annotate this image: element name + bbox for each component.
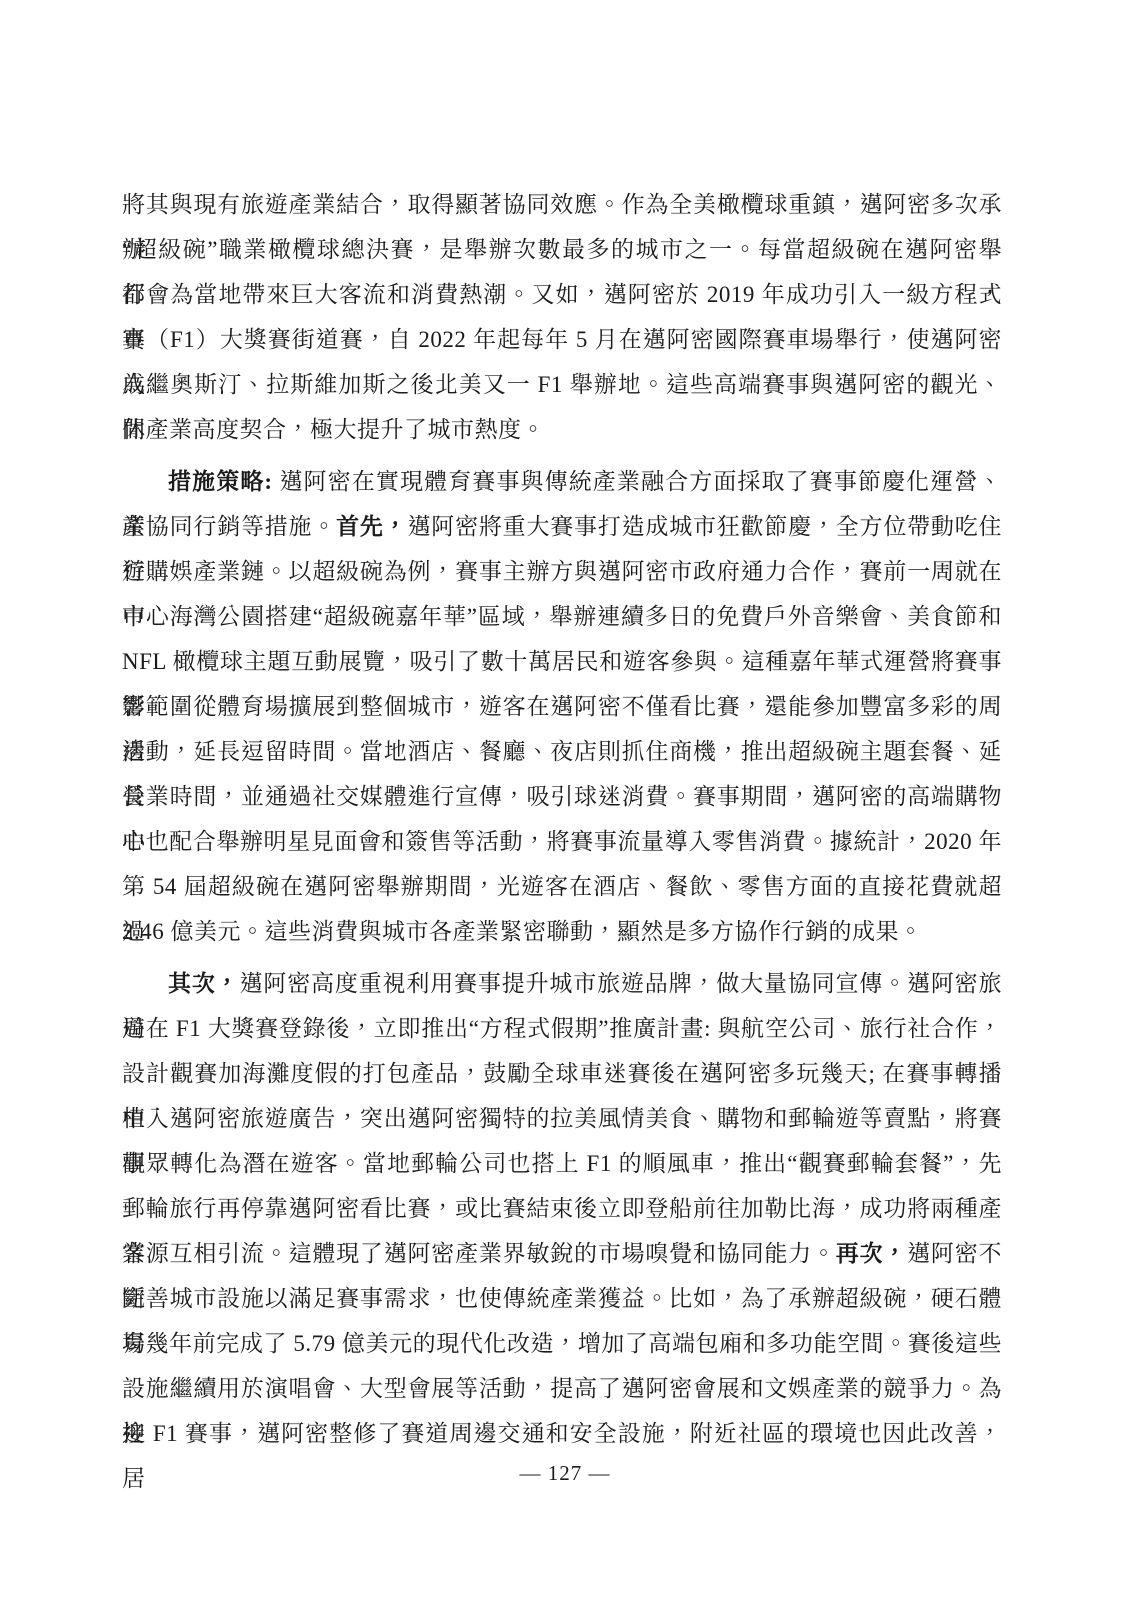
text-line: 局在 F1 大獎賽登錄後，立即推出“方程式假期”推廣計畫: 與航空公司、旅行社合… [122, 1006, 1002, 1051]
text-line: 第 54 屆超級碗在邁阿密舉辦期間，光遊客在酒店、餐飲、零售方面的直接花費就超過 [122, 864, 1002, 909]
text-line: 都會為當地帶來巨大客流和消費熱潮。又如，邁阿密於 2019 年成功引入一級方程式… [122, 272, 1002, 317]
text-segment: 心也配合舉辦明星見面會和簽售等活動，將賽事流量導入零售消費。據統計，2020 年 [122, 829, 1002, 854]
paragraph: 將其與現有旅遊產業結合，取得顯著協同效應。作為全美橄欖球重鎮，邁阿密多次承辦“超… [122, 182, 1002, 452]
text-line: 為繼奧斯汀、拉斯維加斯之後北美又一 F1 舉辦地。這些高端賽事與邁阿密的觀光、休 [122, 362, 1002, 407]
page-number: — 127 — [0, 1458, 1130, 1488]
text-segment: 場幾年前完成了 5.79 億美元的現代化改造，增加了高端包廂和多功能空間。賽後這… [122, 1331, 1002, 1356]
text-line: 遊購娛產業鏈。以超級碗為例，賽事主辦方與邁阿密市政府通力合作，賽前一周就在市 [122, 549, 1002, 594]
text-line: 2.46 億美元。這些消費與城市各產業緊密聯動，顯然是多方協作行銷的成果。 [122, 909, 1002, 954]
text-segment: 2.46 億美元。這些消費與城市各產業緊密聯動，顯然是多方協作行銷的成果。 [122, 919, 923, 944]
text-segment: 閒產業高度契合，極大提升了城市熱度。 [122, 417, 545, 442]
text-line: 業協同行銷等措施。首先，邁阿密將重大賽事打造成城市狂歡節慶，全方位帶動吃住行 [122, 504, 1002, 549]
text-line: 心也配合舉辦明星見面會和簽售等活動，將賽事流量導入零售消費。據統計，2020 年 [122, 819, 1002, 864]
bold-text-segment: 其次， [168, 971, 240, 996]
text-line: 其次，邁阿密高度重視利用賽事提升城市旅遊品牌，做大量協同宣傳。邁阿密旅遊 [122, 961, 1002, 1006]
text-line: 場幾年前完成了 5.79 億美元的現代化改造，增加了高端包廂和多功能空間。賽後這… [122, 1321, 1002, 1366]
bold-text-segment: 再次， [836, 1241, 907, 1266]
text-segment: 客源互相引流。這體現了邁阿密產業界敏銳的市場嗅覺和協同能力。 [122, 1241, 836, 1266]
text-line: 接 F1 賽事，邁阿密整修了賽道周邊交通和安全設施，附近社區的環境也因此改善，居 [122, 1411, 1002, 1456]
bold-text-segment: 措施策略: [168, 469, 279, 494]
text-line: “超級碗”職業橄欖球總決賽，是舉辦次數最多的城市之一。每當超級碗在邁阿密舉行， [122, 227, 1002, 272]
text-line: 響範圍從體育場擴展到整個城市，遊客在邁阿密不僅看比賽，還能參加豐富多彩的周邊 [122, 684, 1002, 729]
text-line: 完善城市設施以滿足賽事需求，也使傳統產業獲益。比如，為了承辦超級碗，硬石體育 [122, 1276, 1002, 1321]
paragraph: 措施策略: 邁阿密在實現體育賽事與傳統產業融合方面採取了賽事節慶化運營、產業協同… [122, 459, 1002, 954]
text-line: 中心海灣公園搭建“超級碗嘉年華”區域，舉辦連續多日的免費戶外音樂會、美食節和 [122, 594, 1002, 639]
text-line: 植入邁阿密旅遊廣告，突出邁阿密獨特的拉美風情美食、購物和郵輪遊等賣點，將賽事 [122, 1096, 1002, 1141]
text-line: 活動，延長逗留時間。當地酒店、餐廳、夜店則抓住商機，推出超級碗主題套餐、延長 [122, 729, 1002, 774]
text-segment: 業協同行銷等措施。 [122, 514, 336, 539]
paragraph: 其次，邁阿密高度重視利用賽事提升城市旅遊品牌，做大量協同宣傳。邁阿密旅遊局在 F… [122, 961, 1002, 1456]
text-segment: 中心海灣公園搭建“超級碗嘉年華”區域，舉辦連續多日的免費戶外音樂會、美食節和 [122, 604, 1002, 629]
body-text: 將其與現有旅遊產業結合，取得顯著協同效應。作為全美橄欖球重鎮，邁阿密多次承辦“超… [122, 182, 1002, 1456]
text-line: 設施繼續用於演唱會、大型會展等活動，提高了邁阿密會展和文娛產業的競爭力。為迎 [122, 1366, 1002, 1411]
text-line: 郵輪旅行再停靠邁阿密看比賽，或比賽結束後立即登船前往加勒比海，成功將兩種產業 [122, 1186, 1002, 1231]
text-line: 閒產業高度契合，極大提升了城市熱度。 [122, 407, 1002, 452]
text-segment: 觀眾轉化為潛在遊客。當地郵輪公司也搭上 F1 的順風車，推出“觀賽郵輪套餐”，先 [122, 1151, 1002, 1176]
bold-text-segment: 首先， [336, 514, 407, 539]
text-line: NFL 橄欖球主題互動展覽，吸引了數十萬居民和遊客參與。這種嘉年華式運營將賽事影 [122, 639, 1002, 684]
text-line: 觀眾轉化為潛在遊客。當地郵輪公司也搭上 F1 的順風車，推出“觀賽郵輪套餐”，先 [122, 1141, 1002, 1186]
text-line: 將其與現有旅遊產業結合，取得顯著協同效應。作為全美橄欖球重鎮，邁阿密多次承辦 [122, 182, 1002, 227]
text-line: 車（F1）大獎賽街道賽，自 2022 年起每年 5 月在邁阿密國際賽車場舉行，使… [122, 317, 1002, 362]
text-line: 客源互相引流。這體現了邁阿密產業界敏銳的市場嗅覺和協同能力。再次，邁阿密不斷 [122, 1231, 1002, 1276]
text-line: 設計觀賽加海灘度假的打包產品，鼓勵全球車迷賽後在邁阿密多玩幾天; 在賽事轉播中 [122, 1051, 1002, 1096]
text-segment: 局在 F1 大獎賽登錄後，立即推出“方程式假期”推廣計畫: 與航空公司、旅行社合… [122, 1016, 1002, 1041]
text-line: 措施策略: 邁阿密在實現體育賽事與傳統產業融合方面採取了賽事節慶化運營、產 [122, 459, 1002, 504]
text-line: 營業時間，並通過社交媒體進行宣傳，吸引球迷消費。賽事期間，邁阿密的高端購物中 [122, 774, 1002, 819]
